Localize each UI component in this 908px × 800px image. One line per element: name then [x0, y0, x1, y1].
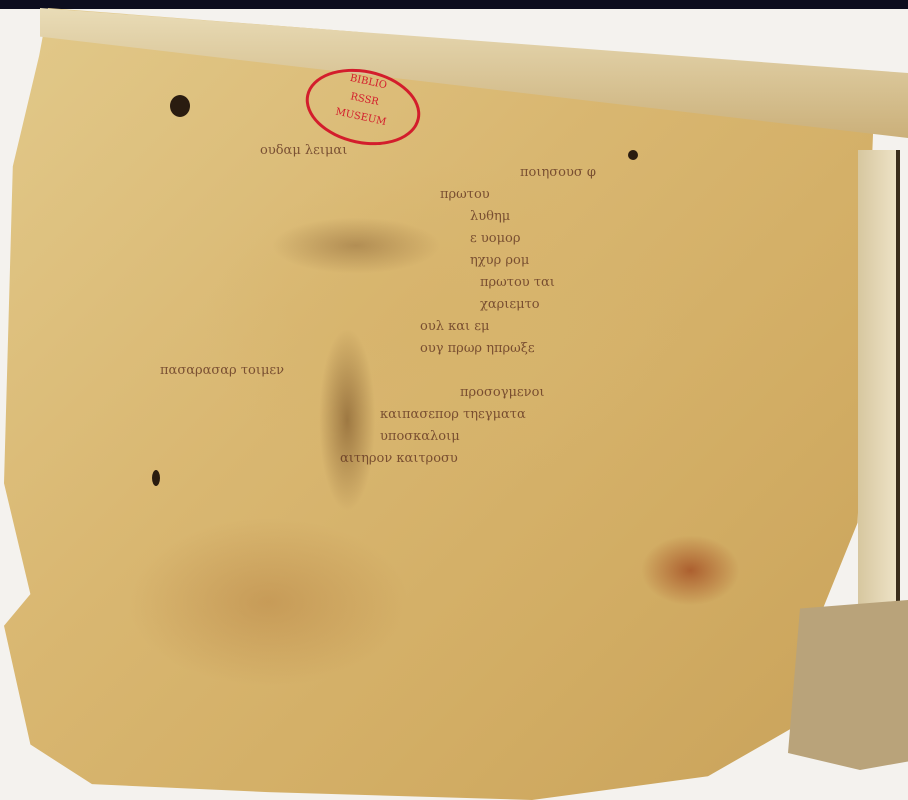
text-line: ουγ πρωρ ηπρωξε: [420, 338, 700, 360]
hole: [152, 470, 160, 486]
folded-right-edge: [858, 150, 900, 610]
text-line: ηχυρ ρομ: [470, 250, 700, 272]
hole: [170, 95, 190, 117]
text-line: καιπασεπορ τηεγματα: [380, 404, 700, 426]
dark-top-edge: [0, 0, 908, 9]
text-line: πρωτου ται: [480, 272, 700, 294]
text-line: ουλ και εμ: [420, 316, 700, 338]
text-line: αιτηρον καιτροσυ: [340, 448, 700, 470]
text-line: πασαρασαρ τοιμεν: [160, 360, 700, 382]
manuscript-text: ουδαμ λειμαι ποιησουσ φ πρωτου λυθημ ε υ…: [140, 140, 700, 470]
text-line: ε υομορ: [470, 228, 700, 250]
text-line: υποσκαλοιμ: [380, 426, 700, 448]
text-line: ποιησουσ φ: [520, 162, 700, 184]
text-line: χαριεμτο: [480, 294, 700, 316]
text-line: προσογμενοι: [460, 382, 700, 404]
text-line: ουδαμ λειμαι: [260, 140, 700, 162]
text-line: λυθημ: [470, 206, 700, 228]
text-line: πρωτου: [440, 184, 700, 206]
torn-flap: [788, 600, 908, 770]
